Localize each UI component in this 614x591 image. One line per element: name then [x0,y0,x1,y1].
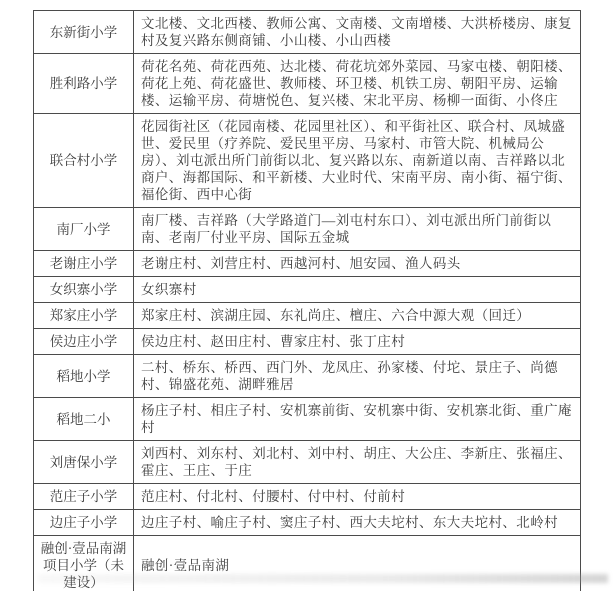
table-row: 融创·壹品南湖项目小学（未建设） 融创·壹品南湖 [34,536,581,591]
school-name-cell: 稻地二小 [34,398,134,441]
school-name-cell: 胜利路小学 [34,54,134,114]
school-name-cell: 刘唐保小学 [34,441,134,484]
table-row: 女织寨小学 女织寨村 [34,277,581,303]
school-areas-cell: 花园街社区（花园南楼、花园里社区）、和平街社区、联合村、凤城盛世、爱民里（疗养院… [134,114,581,208]
school-areas-cell: 文北楼、文北西楼、教师公寓、文南楼、文南增楼、大洪桥楼房、康复村及复兴路东侧商铺… [134,11,581,54]
table-row: 联合村小学 花园街社区（花园南楼、花园里社区）、和平街社区、联合村、凤城盛世、爱… [34,114,581,208]
school-areas-cell: 南厂楼、吉祥路（大学路道门—刘屯村东口）、刘屯派出所门前街以南、老南厂付业平房、… [134,208,581,251]
table-row: 范庄子小学 范庄村、付北村、付腰村、付中村、付前村 [34,484,581,510]
school-areas-cell: 范庄村、付北村、付腰村、付中村、付前村 [134,484,581,510]
table-row: 刘唐保小学 刘西村、刘东村、刘北村、刘中村、胡庄、大公庄、李新庄、张福庄、霍庄、… [34,441,581,484]
school-areas-cell: 边庄子村、喻庄子村、窦庄子村、西大夫坨村、东大夫坨村、北岭村 [134,510,581,536]
school-areas-cell: 侯边庄村、赵田庄村、曹家庄村、张丁庄村 [134,329,581,355]
table-body: 东新街小学 文北楼、文北西楼、教师公寓、文南楼、文南增楼、大洪桥楼房、康复村及复… [34,11,581,591]
school-name-cell: 稻地小学 [34,355,134,398]
table-row: 边庄子小学 边庄子村、喻庄子村、窦庄子村、西大夫坨村、东大夫坨村、北岭村 [34,510,581,536]
school-areas-cell: 融创·壹品南湖 [134,536,581,591]
table-row: 老谢庄小学 老谢庄村、刘营庄村、西越河村、旭安园、渔人码头 [34,251,581,277]
school-areas-cell: 女织寨村 [134,277,581,303]
table-row: 胜利路小学 荷花名苑、荷花西苑、达北楼、荷花坑郊外菜园、马家屯楼、朝阳楼、荷花上… [34,54,581,114]
school-areas-cell: 老谢庄村、刘营庄村、西越河村、旭安园、渔人码头 [134,251,581,277]
table-row: 稻地小学 二村、桥东、桥西、西门外、龙凤庄、孙家楼、付坨、景庄子、尚德村、锦盛花… [34,355,581,398]
table-row: 侯边庄小学 侯边庄村、赵田庄村、曹家庄村、张丁庄村 [34,329,581,355]
school-district-table: 东新街小学 文北楼、文北西楼、教师公寓、文南楼、文南增楼、大洪桥楼房、康复村及复… [33,10,581,591]
school-name-cell: 东新街小学 [34,11,134,54]
school-name-cell: 融创·壹品南湖项目小学（未建设） [34,536,134,591]
table-row: 稻地二小 杨庄子村、相庄子村、安机寨前街、安机寨中街、安机寨北街、重广庵村 [34,398,581,441]
school-areas-cell: 二村、桥东、桥西、西门外、龙凤庄、孙家楼、付坨、景庄子、尚德村、锦盛花苑、湖畔雅… [134,355,581,398]
school-name-cell: 郑家庄小学 [34,303,134,329]
school-name-cell: 联合村小学 [34,114,134,208]
table-row: 东新街小学 文北楼、文北西楼、教师公寓、文南楼、文南增楼、大洪桥楼房、康复村及复… [34,11,581,54]
school-name-cell: 侯边庄小学 [34,329,134,355]
school-name-cell: 女织寨小学 [34,277,134,303]
school-name-cell: 老谢庄小学 [34,251,134,277]
school-name-cell: 南厂小学 [34,208,134,251]
school-areas-cell: 刘西村、刘东村、刘北村、刘中村、胡庄、大公庄、李新庄、张福庄、霍庄、王庄、于庄 [134,441,581,484]
table-row: 郑家庄小学 郑家庄村、滨湖庄园、东礼尚庄、檀庄、六合中源大观（回迁） [34,303,581,329]
school-name-cell: 边庄子小学 [34,510,134,536]
school-areas-cell: 杨庄子村、相庄子村、安机寨前街、安机寨中街、安机寨北街、重广庵村 [134,398,581,441]
school-name-cell: 范庄子小学 [34,484,134,510]
school-areas-cell: 郑家庄村、滨湖庄园、东礼尚庄、檀庄、六合中源大观（回迁） [134,303,581,329]
page: 东新街小学 文北楼、文北西楼、教师公寓、文南楼、文南增楼、大洪桥楼房、康复村及复… [0,0,614,591]
school-areas-cell: 荷花名苑、荷花西苑、达北楼、荷花坑郊外菜园、马家屯楼、朝阳楼、荷花上苑、荷花盛世… [134,54,581,114]
table-row: 南厂小学 南厂楼、吉祥路（大学路道门—刘屯村东口）、刘屯派出所门前街以南、老南厂… [34,208,581,251]
